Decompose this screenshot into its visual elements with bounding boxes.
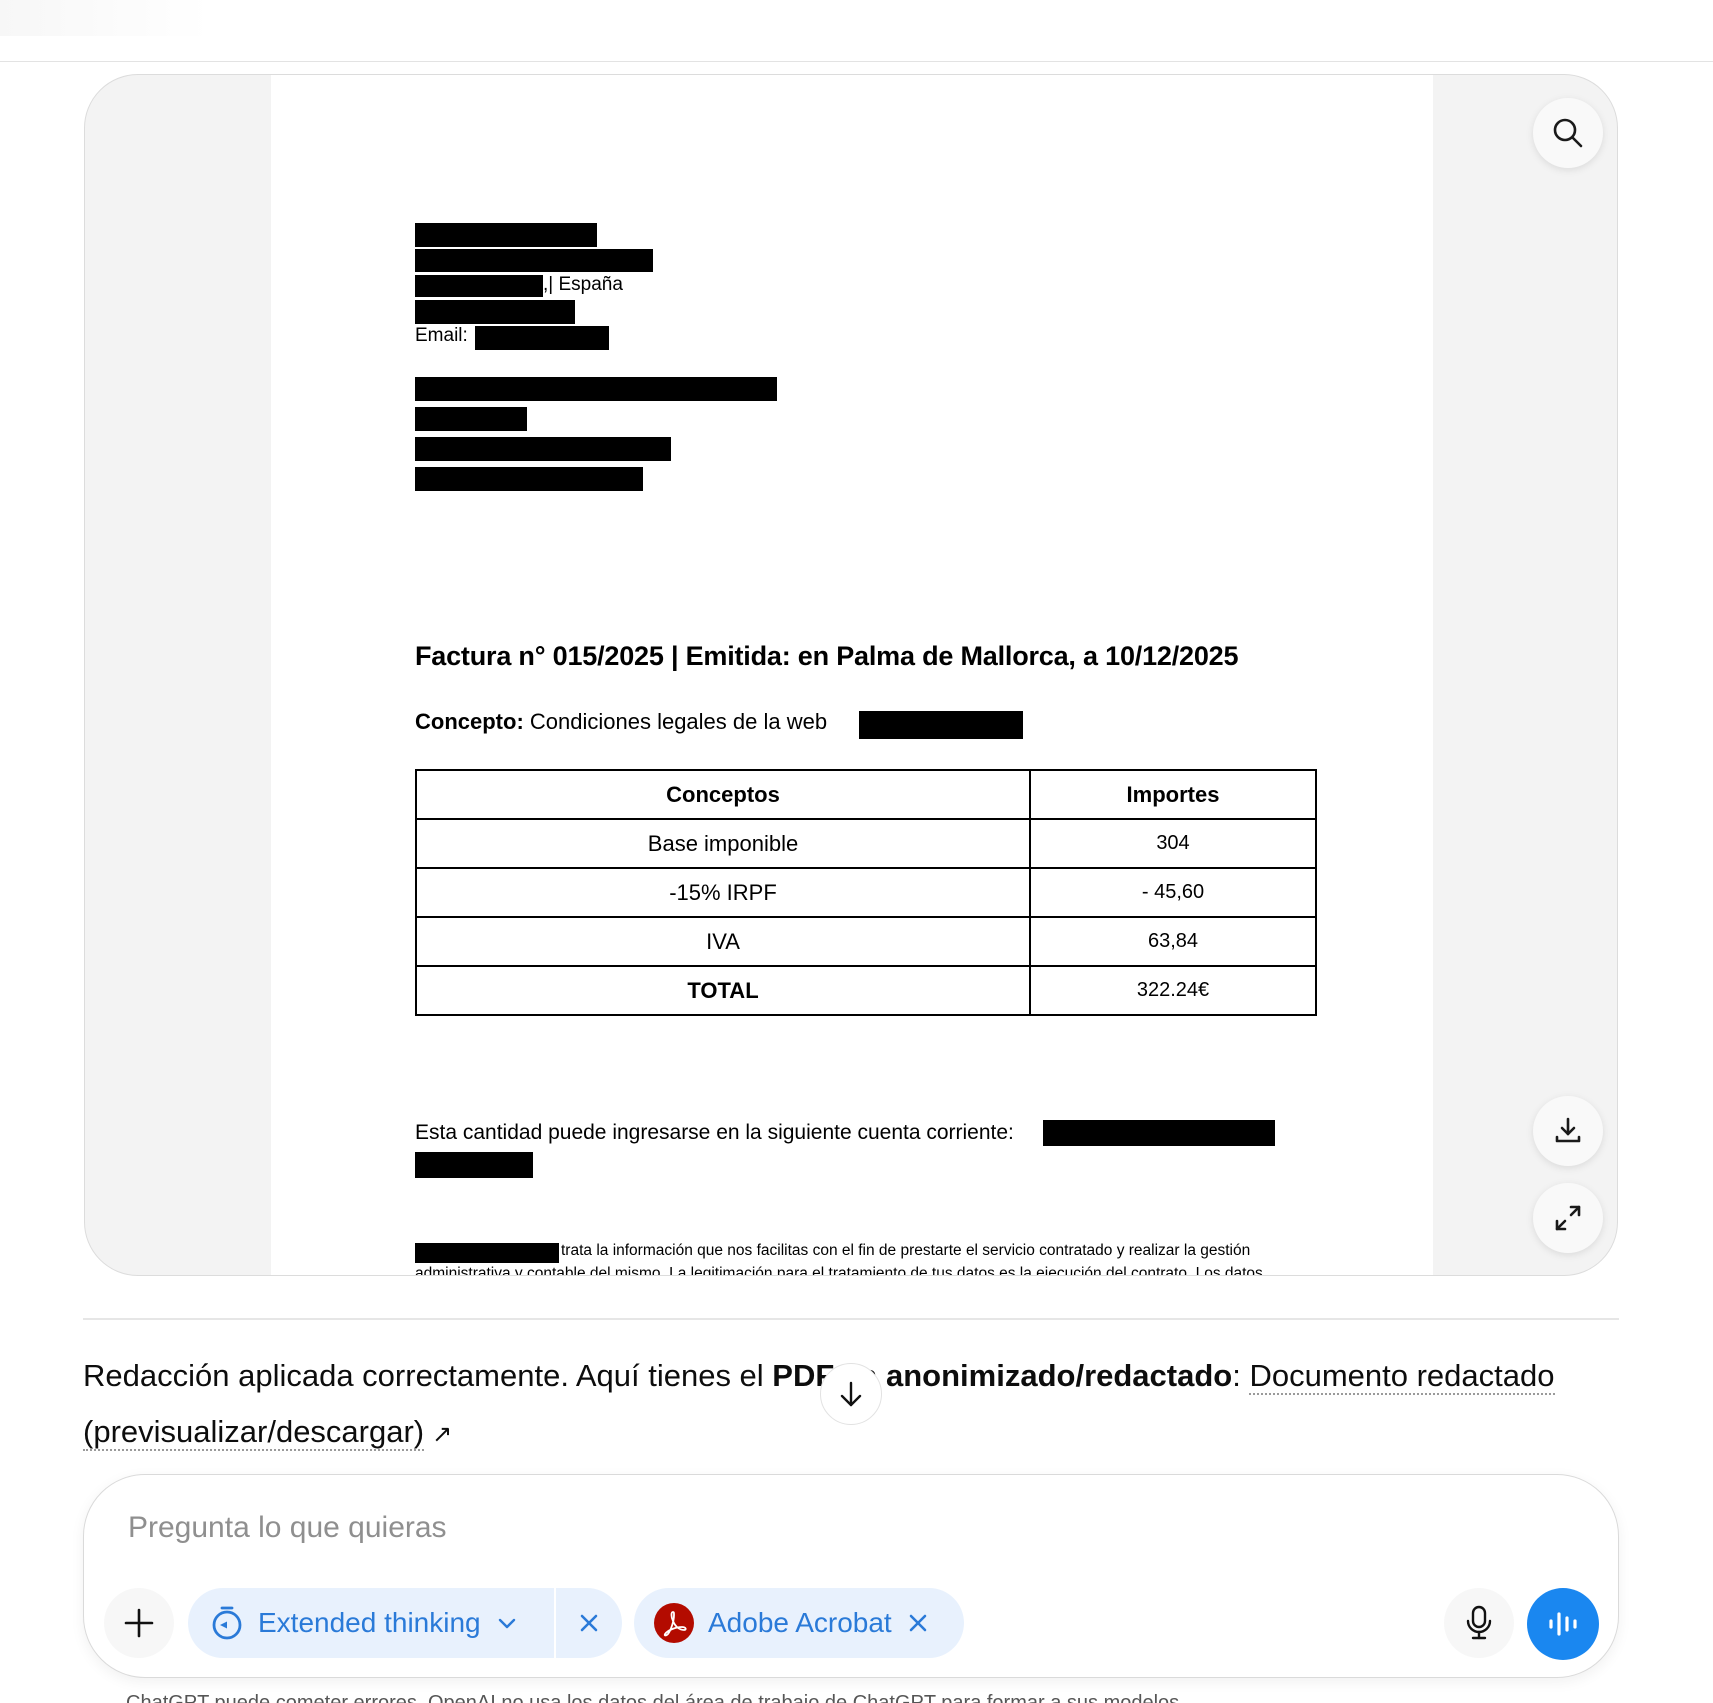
concept-value: Condiciones legales de la web: [530, 709, 827, 734]
microphone-icon: [1465, 1605, 1493, 1641]
table-header-row: Conceptos Importes: [416, 770, 1316, 819]
redaction-block: [415, 407, 527, 431]
chevron-down-icon[interactable]: [497, 1616, 517, 1630]
amount-cell: 304: [1030, 819, 1316, 868]
close-icon: [908, 1613, 928, 1633]
redaction-block: [415, 1152, 533, 1178]
concept-label: Concepto:: [415, 709, 524, 734]
pdf-preview-card: ,| España Email: Factura n° 015/2025 | E…: [84, 74, 1618, 1276]
address-country: ,| España: [543, 274, 623, 296]
column-header: Conceptos: [416, 770, 1030, 819]
prompt-input[interactable]: [126, 1505, 1530, 1551]
add-attachment-button[interactable]: [104, 1588, 174, 1658]
disclaimer-text: ChatGPT puede cometer errores. OpenAI no…: [126, 1692, 1185, 1703]
extended-thinking-label: Extended thinking: [258, 1607, 481, 1639]
redaction-block: [415, 300, 575, 324]
redaction-block: [415, 377, 777, 401]
dictate-button[interactable]: [1444, 1588, 1514, 1658]
top-divider: [0, 61, 1713, 62]
search-button[interactable]: [1533, 98, 1603, 168]
close-icon: [579, 1613, 599, 1633]
acrobat-icon: [654, 1603, 694, 1643]
adobe-acrobat-chip[interactable]: Adobe Acrobat: [634, 1588, 964, 1658]
expand-button[interactable]: [1533, 1183, 1603, 1253]
arrow-down-icon: [836, 1379, 866, 1409]
amount-cell: 322.24€: [1030, 966, 1316, 1015]
search-icon: [1551, 116, 1585, 150]
voice-mode-button[interactable]: [1527, 1588, 1599, 1660]
invoice-title: Factura n° 015/2025 | Emitida: en Palma …: [415, 641, 1238, 672]
table-row: TOTAL 322.24€: [416, 966, 1316, 1015]
download-button[interactable]: [1533, 1096, 1603, 1166]
redaction-block: [415, 223, 597, 247]
message-divider: [83, 1318, 1619, 1320]
email-label: Email:: [415, 325, 468, 347]
external-link-icon: ↗: [432, 1421, 452, 1448]
redaction-block: [1043, 1120, 1275, 1146]
redaction-block: [415, 275, 543, 297]
invoice-table: Conceptos Importes Base imponible 304 -1…: [415, 769, 1317, 1016]
download-icon: [1552, 1115, 1584, 1147]
privacy-footer-line: trata la información que nos facilitas c…: [561, 1242, 1250, 1260]
extended-thinking-chip[interactable]: Extended thinking: [188, 1588, 554, 1658]
table-row: -15% IRPF - 45,60: [416, 868, 1316, 917]
bank-account-text: Esta cantidad puede ingresarse en la sig…: [415, 1121, 1014, 1145]
scroll-to-bottom-button[interactable]: [820, 1363, 882, 1425]
adobe-acrobat-label: Adobe Acrobat: [708, 1607, 892, 1639]
amount-cell: - 45,60: [1030, 868, 1316, 917]
table-row: IVA 63,84: [416, 917, 1316, 966]
remove-extended-thinking-button[interactable]: [556, 1588, 622, 1658]
concept-cell: Base imponible: [416, 819, 1030, 868]
concept-cell: TOTAL: [416, 966, 1030, 1015]
redaction-block: [415, 467, 643, 491]
timer-icon: [210, 1605, 244, 1641]
redaction-block: [415, 1243, 559, 1263]
message-text: Redacción aplicada correctamente. Aquí t…: [83, 1358, 772, 1393]
privacy-footer-line: administrativa y contable del mismo. La …: [415, 1265, 1263, 1276]
plus-icon: [123, 1607, 155, 1639]
concept-cell: IVA: [416, 917, 1030, 966]
amount-cell: 63,84: [1030, 917, 1316, 966]
concept-cell: -15% IRPF: [416, 868, 1030, 917]
top-bar-fade: [0, 0, 210, 36]
redaction-block: [859, 711, 1023, 739]
pdf-page[interactable]: ,| España Email: Factura n° 015/2025 | E…: [271, 75, 1433, 1276]
redaction-block: [475, 326, 609, 350]
redaction-block: [415, 437, 671, 461]
invoice-concept: Concepto: Condiciones legales de la web: [415, 709, 827, 735]
voice-wave-icon: [1547, 1610, 1579, 1638]
table-row: Base imponible 304: [416, 819, 1316, 868]
column-header: Importes: [1030, 770, 1316, 819]
redaction-block: [415, 249, 653, 272]
expand-icon: [1552, 1202, 1584, 1234]
message-colon: :: [1232, 1358, 1249, 1393]
composer: Extended thinking Adobe Acrobat: [83, 1474, 1619, 1678]
remove-acrobat-button[interactable]: [908, 1613, 928, 1633]
